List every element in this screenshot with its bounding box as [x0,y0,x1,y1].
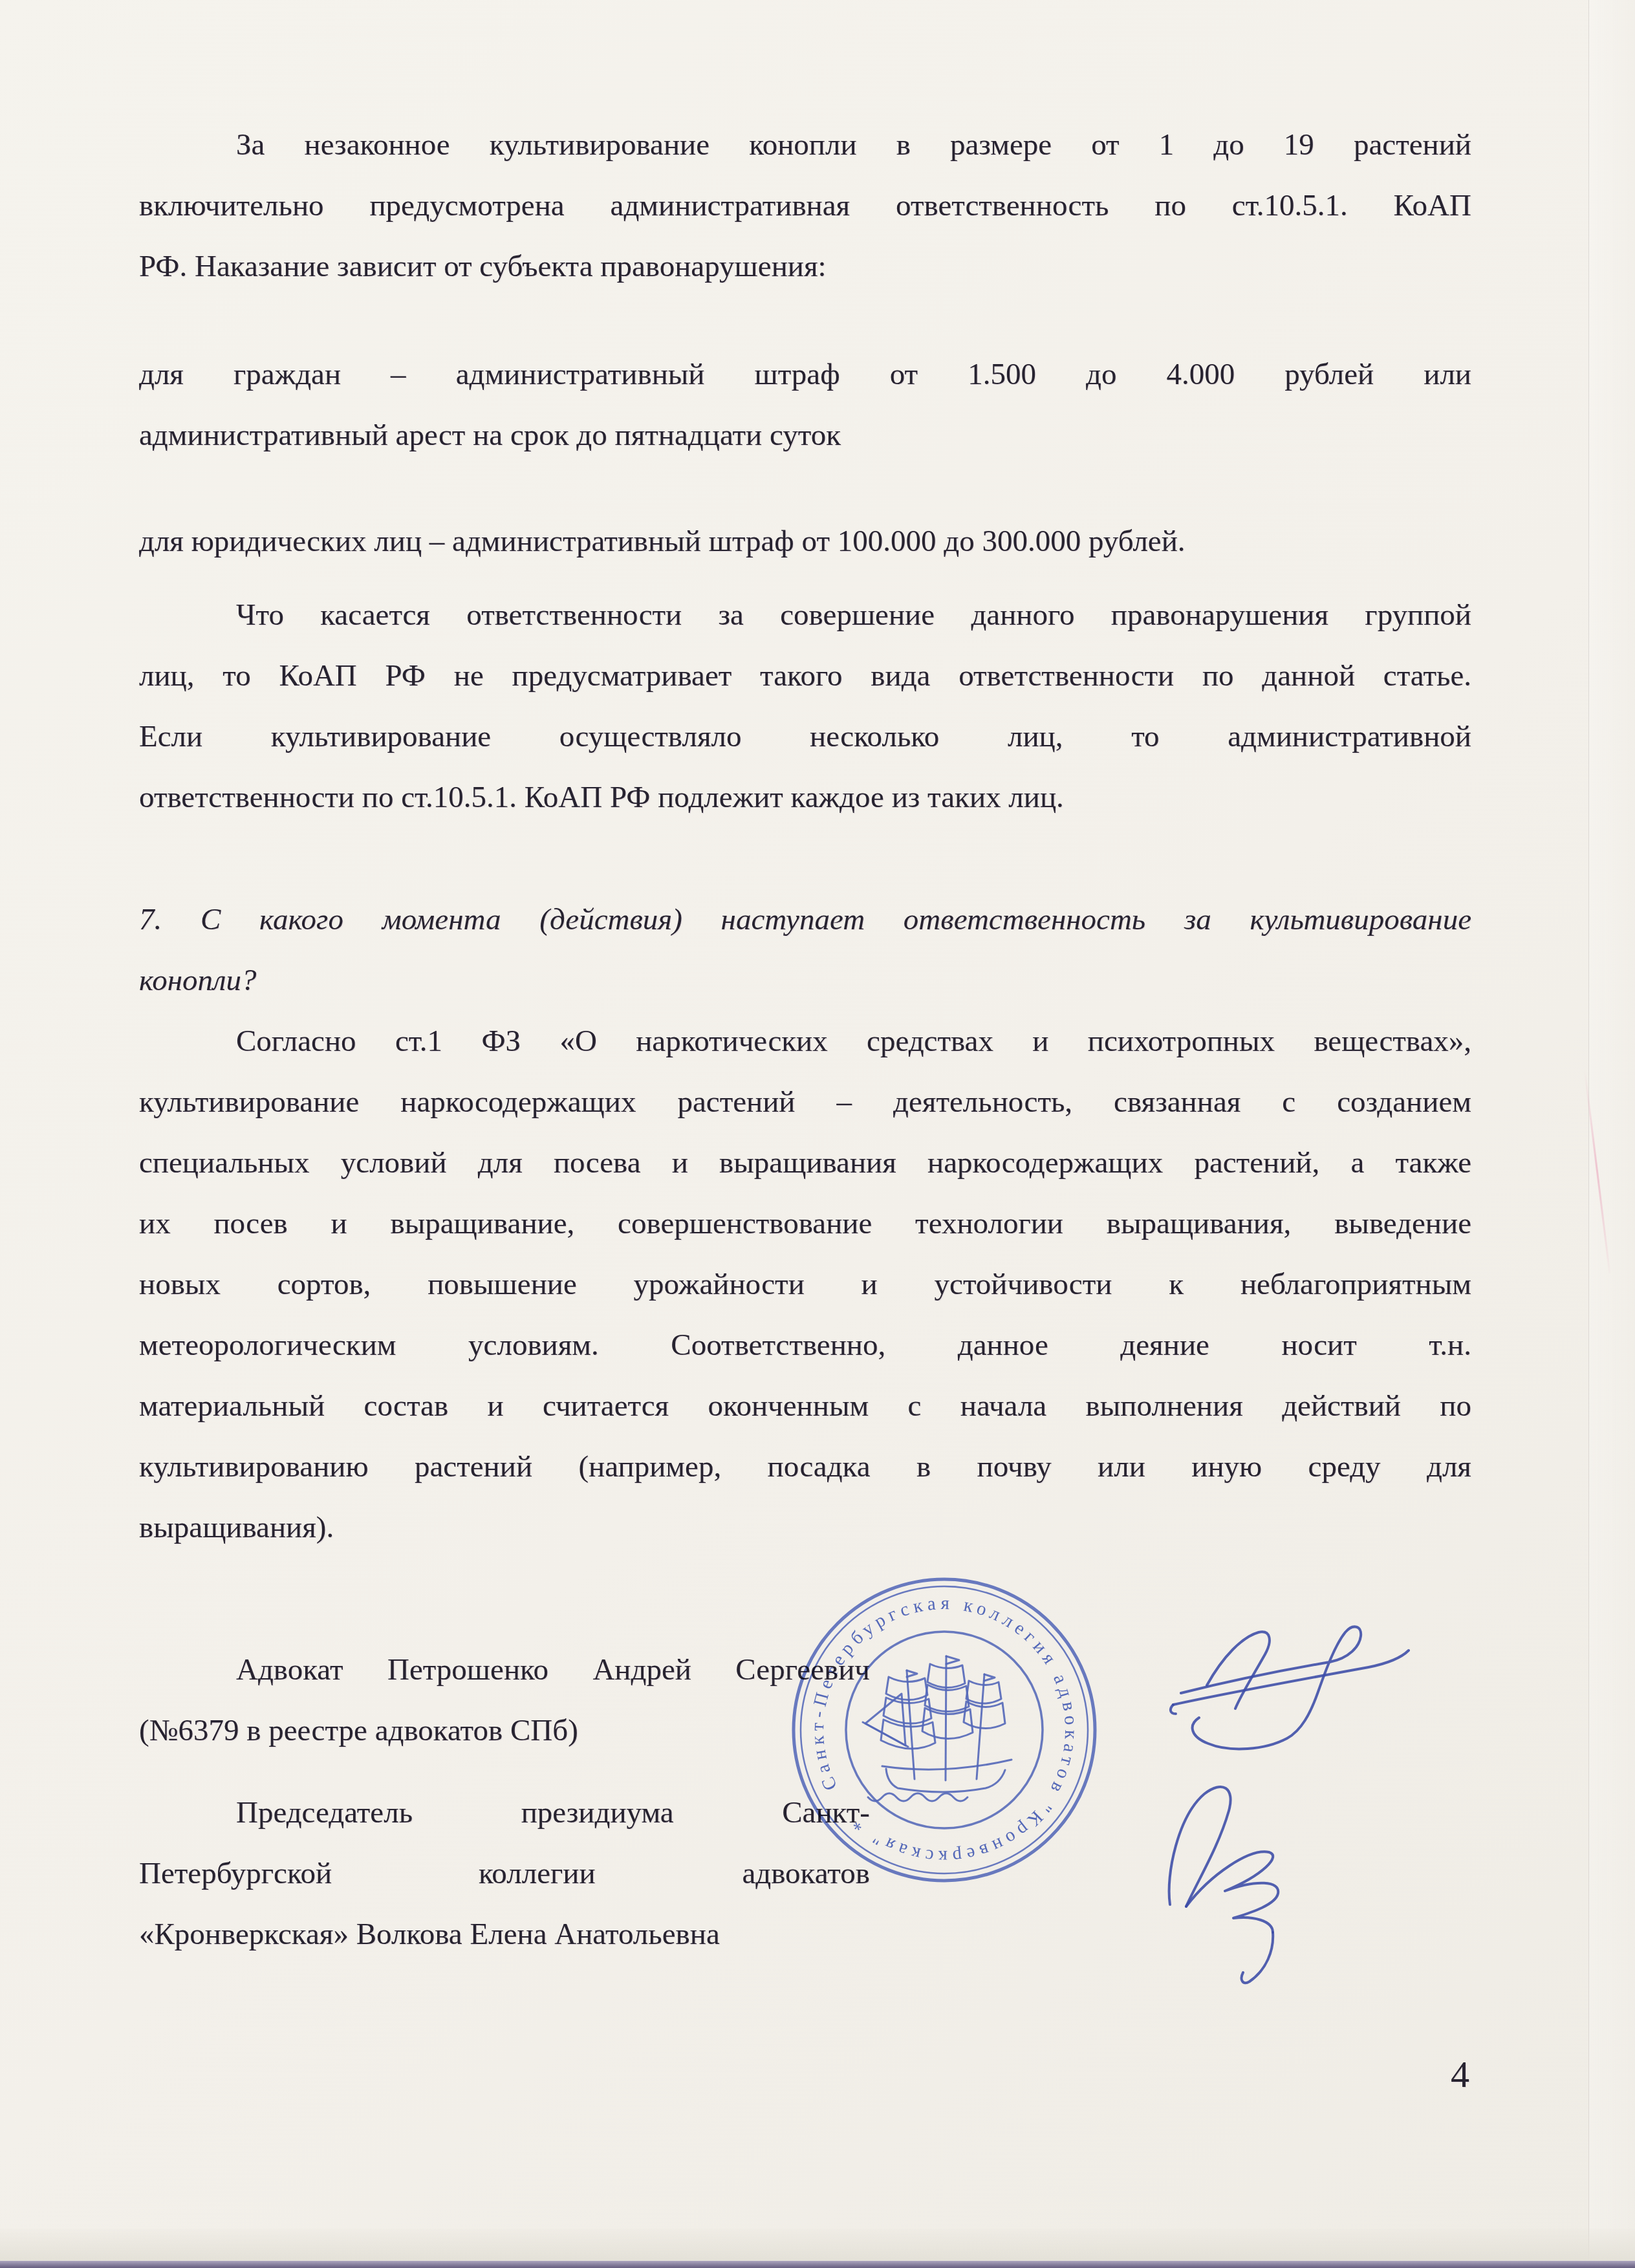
sailing-ship-icon [863,1656,1012,1801]
bar-association-stamp: Санкт-Петербургская коллегия адвокатов "… [783,1568,1106,1892]
paragraph-citizens-penalty: для граждан – административный штраф от … [139,344,1471,466]
paragraph-administrative-liability: За незаконное культивирование конопли в … [139,114,1471,297]
scanned-page: За незаконное культивирование конопли в … [0,0,1635,2268]
text-line: (№6379 в реестре адвокатов СПб) [139,1700,870,1761]
text-line: Адвокат Петрошенко Андрей Сергеевич [139,1639,870,1700]
stamp-circular-text: Санкт-Петербургская коллегия адвокатов "… [783,1568,1106,1892]
text-line: метеорологическим условиям. Соответствен… [139,1315,1471,1376]
text-line: Что касается ответственности за совершен… [139,585,1471,645]
text-line: конопли? [139,950,1471,1011]
text-line: административный арест на срок до пятнад… [139,405,1471,466]
scan-bottom-band [0,2229,1635,2261]
scan-right-edge-shadow [1588,0,1635,2268]
text-line: новых сортов, повышение урожайности и ус… [139,1254,1471,1315]
paragraph-cultivation-definition: Согласно ст.1 ФЗ «О наркотических средст… [139,1011,1471,1558]
stamp-outer-ring [794,1579,1095,1881]
text-line: лиц, то КоАП РФ не предусматривает таког… [139,645,1471,706]
text-line: для граждан – административный штраф от … [139,344,1471,405]
text-line: культивирование наркосодержащих растений… [139,1072,1471,1132]
page-number: 4 [1451,2055,1469,2094]
text-line: Согласно ст.1 ФЗ «О наркотических средст… [139,1011,1471,1072]
text-line: ответственности по ст.10.5.1. КоАП РФ по… [139,767,1471,828]
advocate-signature [1168,1608,1446,1782]
signatory-chairman: Председатель президиума Санкт-Петербургс… [139,1782,870,1965]
text-line: За незаконное культивирование конопли в … [139,114,1471,175]
question-heading: 7. С какого момента (действия) наступает… [139,889,1471,1011]
paragraph-group-liability: Что касается ответственности за совершен… [139,585,1471,828]
scan-bottom-edge [0,2261,1635,2268]
stamp-outer-ring-inner-line [801,1586,1088,1874]
text-line: «Кронверкская» Волкова Елена Анатольевна [139,1904,870,1965]
text-line: для юридических лиц – административный ш… [139,511,1471,572]
text-line: материальный состав и считается оконченн… [139,1376,1471,1436]
text-line: выращивания). [139,1497,1471,1558]
text-line: Если культивирование осуществляло нескол… [139,706,1471,767]
text-line: 7. С какого момента (действия) наступает… [139,889,1471,950]
signatory-advocate: Адвокат Петрошенко Андрей Сергеевич(№637… [139,1639,870,1761]
text-line: включительно предусмотрена административ… [139,175,1471,236]
text-line: специальных условий для посева и выращив… [139,1132,1471,1193]
text-line: их посев и выращивание, совершенствовани… [139,1193,1471,1254]
text-line: Председатель президиума Санкт- [139,1782,870,1843]
paragraph-legal-entities-penalty: для юридических лиц – административный ш… [139,511,1471,572]
text-line: культивированию растений (например, поса… [139,1436,1471,1497]
text-line: РФ. Наказание зависит от субъекта правон… [139,236,1471,297]
chairman-signature [1146,1777,1301,1994]
text-line: Петербургской коллегии адвокатов [139,1843,870,1904]
